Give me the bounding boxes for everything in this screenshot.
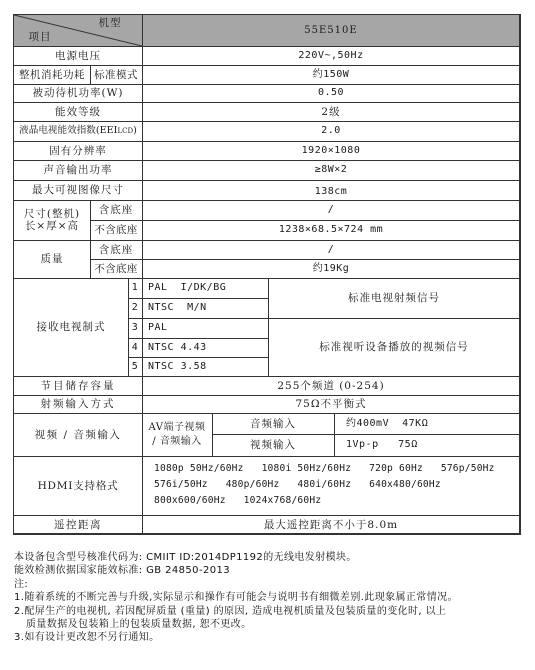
note-3: 3.如有设计更改恕不另行通知。 — [14, 631, 458, 644]
weight-without-stand-value: 约19Kg — [142, 259, 520, 278]
note-heading: 注: — [14, 578, 458, 591]
eei-label: 液晶电视能效指数(EEILCD) — [14, 121, 142, 141]
weight-label: 质量 — [14, 240, 90, 278]
tv-system-name-2: NTSC M/N — [142, 298, 268, 318]
footnotes: 本设备包含型号核准代码为: CMIIT ID:2014DP1192的无线电发射模… — [14, 551, 458, 645]
tv-system-num-4: 4 — [128, 338, 142, 357]
rf-input-value: 75Ω不平衡式 — [142, 395, 520, 413]
power-supply-value: 220V~,50Hz — [142, 46, 520, 65]
tv-systems-rf-desc: 标准电视射频信号 — [268, 278, 520, 318]
hdmi-formats-line3: 800x600/60Hz 1024x768/60Hz — [154, 493, 321, 509]
tv-system-num-1: 1 — [128, 278, 142, 298]
note-1: 1.随着系统的不断完善与升级,实际显示和操作有可能会与说明书有细微差别.此现象属… — [14, 591, 458, 604]
standby-power-label: 被动待机功率(W) — [14, 84, 142, 102]
tv-system-num-3: 3 — [128, 318, 142, 338]
video-input-label: 视频输入 — [212, 434, 334, 456]
av-terminal-line1: AV端子视频 — [149, 421, 206, 435]
power-consumption-mode: 标准模式 — [90, 65, 142, 84]
power-consumption-value: 约150W — [142, 65, 520, 84]
resolution-label: 固有分辨率 — [14, 141, 142, 160]
note-2-continued: 质量数据及包装箱上的包装质量数据, 恕不更改。 — [14, 618, 458, 631]
audio-input-label: 音频输入 — [212, 413, 334, 434]
program-storage-label: 节目储存容量 — [14, 376, 142, 395]
weight-without-stand-label: 不含底座 — [90, 259, 142, 278]
tv-system-num-2: 2 — [128, 298, 142, 318]
weight-with-stand-value: / — [142, 240, 520, 259]
eei-label-text: 液晶电视能效指数(EEI — [19, 125, 117, 137]
eei-value: 2.0 — [142, 121, 520, 141]
tv-systems-label: 接收电视制式 — [14, 278, 128, 376]
dimensions-label: 尺寸(整机) 长×厚×高 — [14, 200, 90, 240]
audio-output-label: 声音输出功率 — [14, 160, 142, 180]
video-input-value: 1Vp-p 75Ω — [334, 434, 520, 456]
dimensions-label-line2: 长×厚×高 — [25, 220, 79, 232]
dimensions-with-stand-value: / — [142, 200, 520, 220]
screen-size-label: 最大可视图像尺寸 — [14, 180, 142, 200]
audio-input-value: 约400mV 47KΩ — [334, 413, 520, 434]
tv-system-num-5: 5 — [128, 357, 142, 376]
tv-systems-av-desc: 标准视听设备播放的视频信号 — [268, 318, 520, 376]
power-supply-label: 电源电压 — [14, 46, 142, 65]
tv-system-name-5: NTSC 3.58 — [142, 357, 268, 376]
tv-system-name-3: PAL — [142, 318, 268, 338]
av-terminal-label: AV端子视频 / 音频输入 — [142, 413, 212, 456]
dimensions-label-line1: 尺寸(整机) — [24, 208, 80, 220]
hdmi-formats-line2: 576i/50Hz 480p/60Hz 480i/60Hz 640x480/60… — [154, 477, 441, 493]
dimensions-with-stand-label: 含底座 — [90, 200, 142, 220]
hdmi-formats-line1: 1080p 50Hz/60Hz 1080i 50Hz/60Hz 720p 60H… — [154, 461, 495, 477]
note-energy-standard: 能效检测依据国家能效标准: GB 24850-2013 — [14, 564, 458, 577]
model-number: 55E510E — [142, 15, 520, 46]
dimensions-without-stand-value: 1238×68.5×724 mm — [142, 220, 520, 240]
screen-size-value: 138cm — [142, 182, 520, 202]
header-row-label: 项目 — [22, 29, 58, 45]
audio-output-value: ≥8W×2 — [142, 160, 520, 180]
weight-with-stand-label: 含底座 — [90, 240, 142, 259]
note-cmiit: 本设备包含型号核准代码为: CMIIT ID:2014DP1192的无线电发射模… — [14, 551, 458, 564]
remote-distance-value: 最大遥控距离不小于8.0m — [142, 515, 520, 535]
spec-sheet: 机型 项目 55E510E 电源电压 220V~,50Hz 整机消耗功耗 标准模… — [0, 0, 535, 670]
tv-system-name-1: PAL I/DK/BG — [142, 278, 268, 298]
power-consumption-label: 整机消耗功耗 — [14, 65, 90, 84]
av-terminal-line2: / 音频输入 — [152, 435, 202, 449]
standby-power-value: 0.50 — [142, 84, 520, 102]
tv-system-name-4: NTSC 4.43 — [142, 338, 268, 357]
eei-label-close: ) — [133, 125, 137, 137]
av-input-label: 视频 / 音频输入 — [14, 413, 142, 456]
hdmi-label: HDMI支持格式 — [14, 456, 142, 515]
rf-input-label: 射频输入方式 — [14, 395, 142, 413]
energy-grade-value: 2级 — [142, 102, 520, 121]
program-storage-value: 255个频道 (0-254) — [142, 376, 520, 395]
header-column-label: 机型 — [90, 15, 130, 31]
energy-grade-label: 能效等级 — [14, 102, 142, 121]
eei-label-subscript: LCD — [117, 125, 133, 137]
note-2: 2.配屏生产的电视机, 若因配屏质量 (重量) 的原因, 造成电视机质量及包装质… — [14, 605, 458, 618]
remote-distance-label: 遥控距离 — [14, 515, 142, 535]
resolution-value: 1920×1080 — [142, 141, 520, 160]
dimensions-without-stand-label: 不含底座 — [90, 220, 142, 240]
